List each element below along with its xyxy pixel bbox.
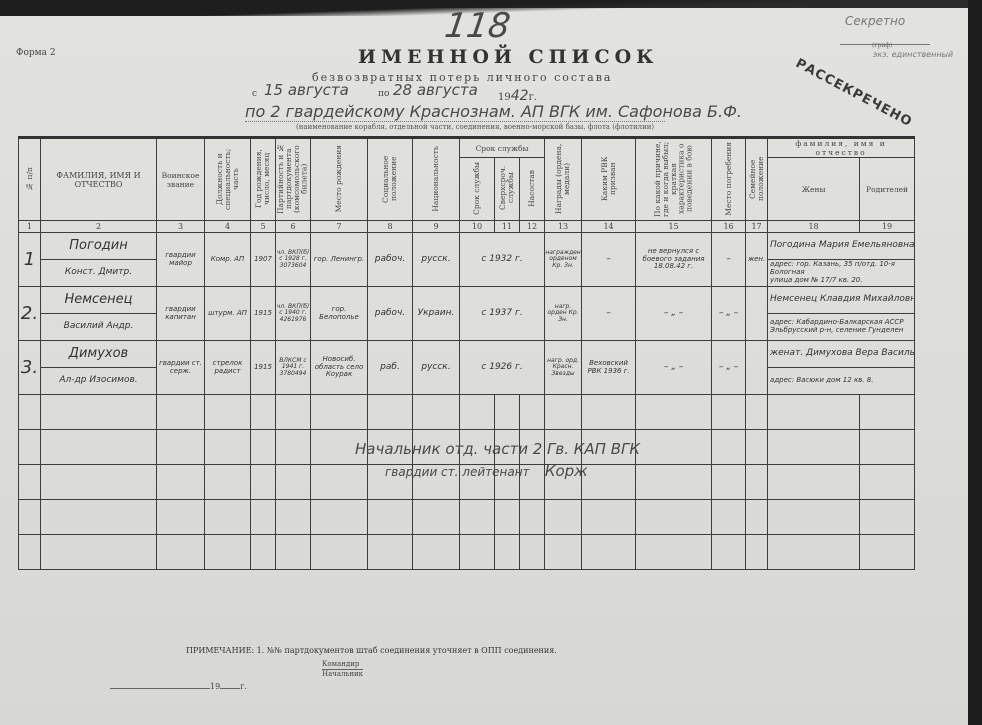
header-col-5: Год рождения, число, месяц: [251, 138, 276, 221]
surname: Немсенец: [41, 287, 157, 314]
losses-table: № п/п ФАМИЛИЯ, ИМЯ И ОТЧЕСТВО Воинское з…: [18, 136, 915, 570]
date-blank: 19г.: [110, 682, 247, 691]
period-from: 15 августа: [264, 81, 349, 99]
signature-rank: гвардии ст. лейтенант Корж: [385, 462, 588, 480]
awards: награжден орденом Кр. Зн.: [545, 233, 582, 287]
given-name: Ал-др Изосимов.: [41, 368, 157, 395]
wife-address: адрес: Васюки дом 12 кв. 8.: [768, 368, 915, 395]
col-num: 6: [276, 221, 311, 233]
table-row: 1 Погодин гвардии майор Комр. АП 1907 чл…: [19, 233, 915, 260]
period-to: 28 августа: [393, 81, 478, 99]
wife-name: Погодина Мария Емельяновна: [768, 233, 915, 260]
header-col-18: Жены: [768, 158, 860, 221]
rvk: –: [582, 287, 636, 341]
burial-place: –: [712, 233, 746, 287]
given-name: Василий Андр.: [41, 314, 157, 341]
rank: гвардии капитан: [157, 287, 205, 341]
given-name: Конст. Дмитр.: [41, 260, 157, 287]
col-num: 9: [413, 221, 460, 233]
col-num: 5: [251, 221, 276, 233]
birthplace: гор. Ленингр.: [311, 233, 368, 287]
secrecy-caption: (гриф): [872, 42, 892, 49]
col-num: 16: [712, 221, 746, 233]
party: чл. ВКП(б) с 1928 г. 3073604: [276, 233, 311, 287]
header-col-8: Социальное положение: [368, 138, 413, 221]
header-col-6: Партийность и № партдокумента (комсомоль…: [276, 138, 311, 221]
nationality: Украин.: [413, 287, 460, 341]
nationality: русск.: [413, 233, 460, 287]
scan-edge: [968, 0, 982, 725]
row-number: 1: [19, 233, 41, 287]
header-col-10: Срок службы: [460, 158, 495, 221]
col-num: 12: [520, 221, 545, 233]
copy-note: экз. единственный: [873, 50, 953, 59]
row-number: 2.: [19, 287, 41, 341]
position: штурм. АП: [205, 287, 251, 341]
social-status: рабоч.: [368, 287, 413, 341]
col-num: 4: [205, 221, 251, 233]
wife-address: адрес: гор. Казань, 35 п/отд. 10-я Болог…: [768, 260, 915, 287]
header-col-15: По какой причине, где и когда выбыл; кра…: [636, 138, 712, 221]
header-group-names: фамилия, имя и отчество: [768, 138, 915, 158]
birth-year: 1915: [251, 341, 276, 395]
table-row: 2. Немсенец гвардии капитан штурм. АП 19…: [19, 287, 915, 314]
table-row-empty: [19, 500, 915, 535]
header-col-14: Каким РВК призван: [582, 138, 636, 221]
row-number: 3.: [19, 341, 41, 395]
wife-address: адрес: Кабардино-Балкарская АССРЭльбрусс…: [768, 314, 915, 341]
burial-place: – „ –: [712, 341, 746, 395]
col-num: 15: [636, 221, 712, 233]
loss-reason: не вернулся с боевого задания 18.08.42 г…: [636, 233, 712, 287]
unit-name: по 2 гвардейскому Краснознам. АП ВГК им.…: [245, 102, 665, 122]
social-status: раб.: [368, 341, 413, 395]
rank: гвардии майор: [157, 233, 205, 287]
period-line: с 15 августа по 28 августа 1942г.: [230, 85, 570, 101]
col-num: 10: [460, 221, 495, 233]
header-col-1: № п/п: [19, 138, 41, 221]
wife-name: женат. Димухова Вера Васильевна: [768, 341, 915, 368]
header-col-13: Награды (ордена, медали): [545, 138, 582, 221]
family-status: [746, 287, 768, 341]
col-num: 19: [860, 221, 915, 233]
header-col-16: Место погребения: [712, 138, 746, 221]
col-num: 8: [368, 221, 413, 233]
family-status: [746, 341, 768, 395]
footnote: ПРИМЕЧАНИЕ: 1. №№ партдокументов штаб со…: [186, 646, 557, 655]
commander-label: Командир: [322, 660, 359, 668]
document-title: ИМЕННОЙ СПИСОК: [358, 46, 658, 68]
loss-reason: – „ –: [636, 287, 712, 341]
service-term: с 1932 г.: [460, 233, 545, 287]
header-group-service: Срок службы: [460, 138, 545, 158]
col-num: 2: [41, 221, 157, 233]
header-col-11: Сверхсроч. службы: [495, 158, 520, 221]
header-col-17: Семейное положение: [746, 138, 768, 221]
archive-page-number: 118: [442, 6, 513, 46]
service-term: с 1937 г.: [460, 287, 545, 341]
col-num: 3: [157, 221, 205, 233]
col-num: 14: [582, 221, 636, 233]
period-from-prefix: с: [252, 89, 257, 99]
wife-name: Немсенец Клавдия Михайловна: [768, 287, 915, 314]
rvk: –: [582, 233, 636, 287]
chief-label: Начальник: [322, 669, 363, 678]
table-row-empty: [19, 395, 915, 430]
col-num: 13: [545, 221, 582, 233]
nationality: русск.: [413, 341, 460, 395]
col-num: 7: [311, 221, 368, 233]
period-to-prefix: по: [378, 89, 389, 99]
table-row: 3. Димухов гвардии ст. серж. стрелок рад…: [19, 341, 915, 368]
col-num: 11: [495, 221, 520, 233]
social-status: рабоч.: [368, 233, 413, 287]
position: Комр. АП: [205, 233, 251, 287]
header-col-12: Насостав: [520, 158, 545, 221]
form-label: Форма 2: [16, 48, 56, 58]
service-term: с 1926 г.: [460, 341, 545, 395]
header-col-9: Национальность: [413, 138, 460, 221]
surname: Димухов: [41, 341, 157, 368]
secrecy-note: Секретно: [845, 14, 905, 28]
rvk: Веховский РВК 1936 г.: [582, 341, 636, 395]
header-col-19: Родителей: [860, 158, 915, 221]
col-num: 17: [746, 221, 768, 233]
burial-place: – „ –: [712, 287, 746, 341]
birthplace: гор. Белополье: [311, 287, 368, 341]
surname: Погодин: [41, 233, 157, 260]
col-num: 1: [19, 221, 41, 233]
awards: нагр. орд. Красн. Звезды: [545, 341, 582, 395]
birthplace: Новосиб. область село Коурак: [311, 341, 368, 395]
birth-year: 1907: [251, 233, 276, 287]
party: чл. ВКП(б) с 1940 г. 4261976: [276, 287, 311, 341]
signature-title: Начальник отд. части 2 Гв. КАП ВГК: [355, 440, 640, 458]
awards: нагр. орден Кр. Зн.: [545, 287, 582, 341]
birth-year: 1915: [251, 287, 276, 341]
position: стрелок радист: [205, 341, 251, 395]
loss-reason: – „ –: [636, 341, 712, 395]
rank: гвардии ст. серж.: [157, 341, 205, 395]
party: ВЛКСМ с 1941 г. 3780494: [276, 341, 311, 395]
signature-name: Корж: [545, 462, 588, 480]
header-col-2: ФАМИЛИЯ, ИМЯ И ОТЧЕСТВО: [41, 138, 157, 221]
col-num: 18: [768, 221, 860, 233]
family-status: жен.: [746, 233, 768, 287]
header-col-4: Должность и специальность; часть: [205, 138, 251, 221]
header-col-3: Воинское звание: [157, 138, 205, 221]
table-row-empty: [19, 535, 915, 570]
header-col-7: Место рождения: [311, 138, 368, 221]
unit-caption: (наименование корабля, отдельной части, …: [296, 123, 654, 131]
